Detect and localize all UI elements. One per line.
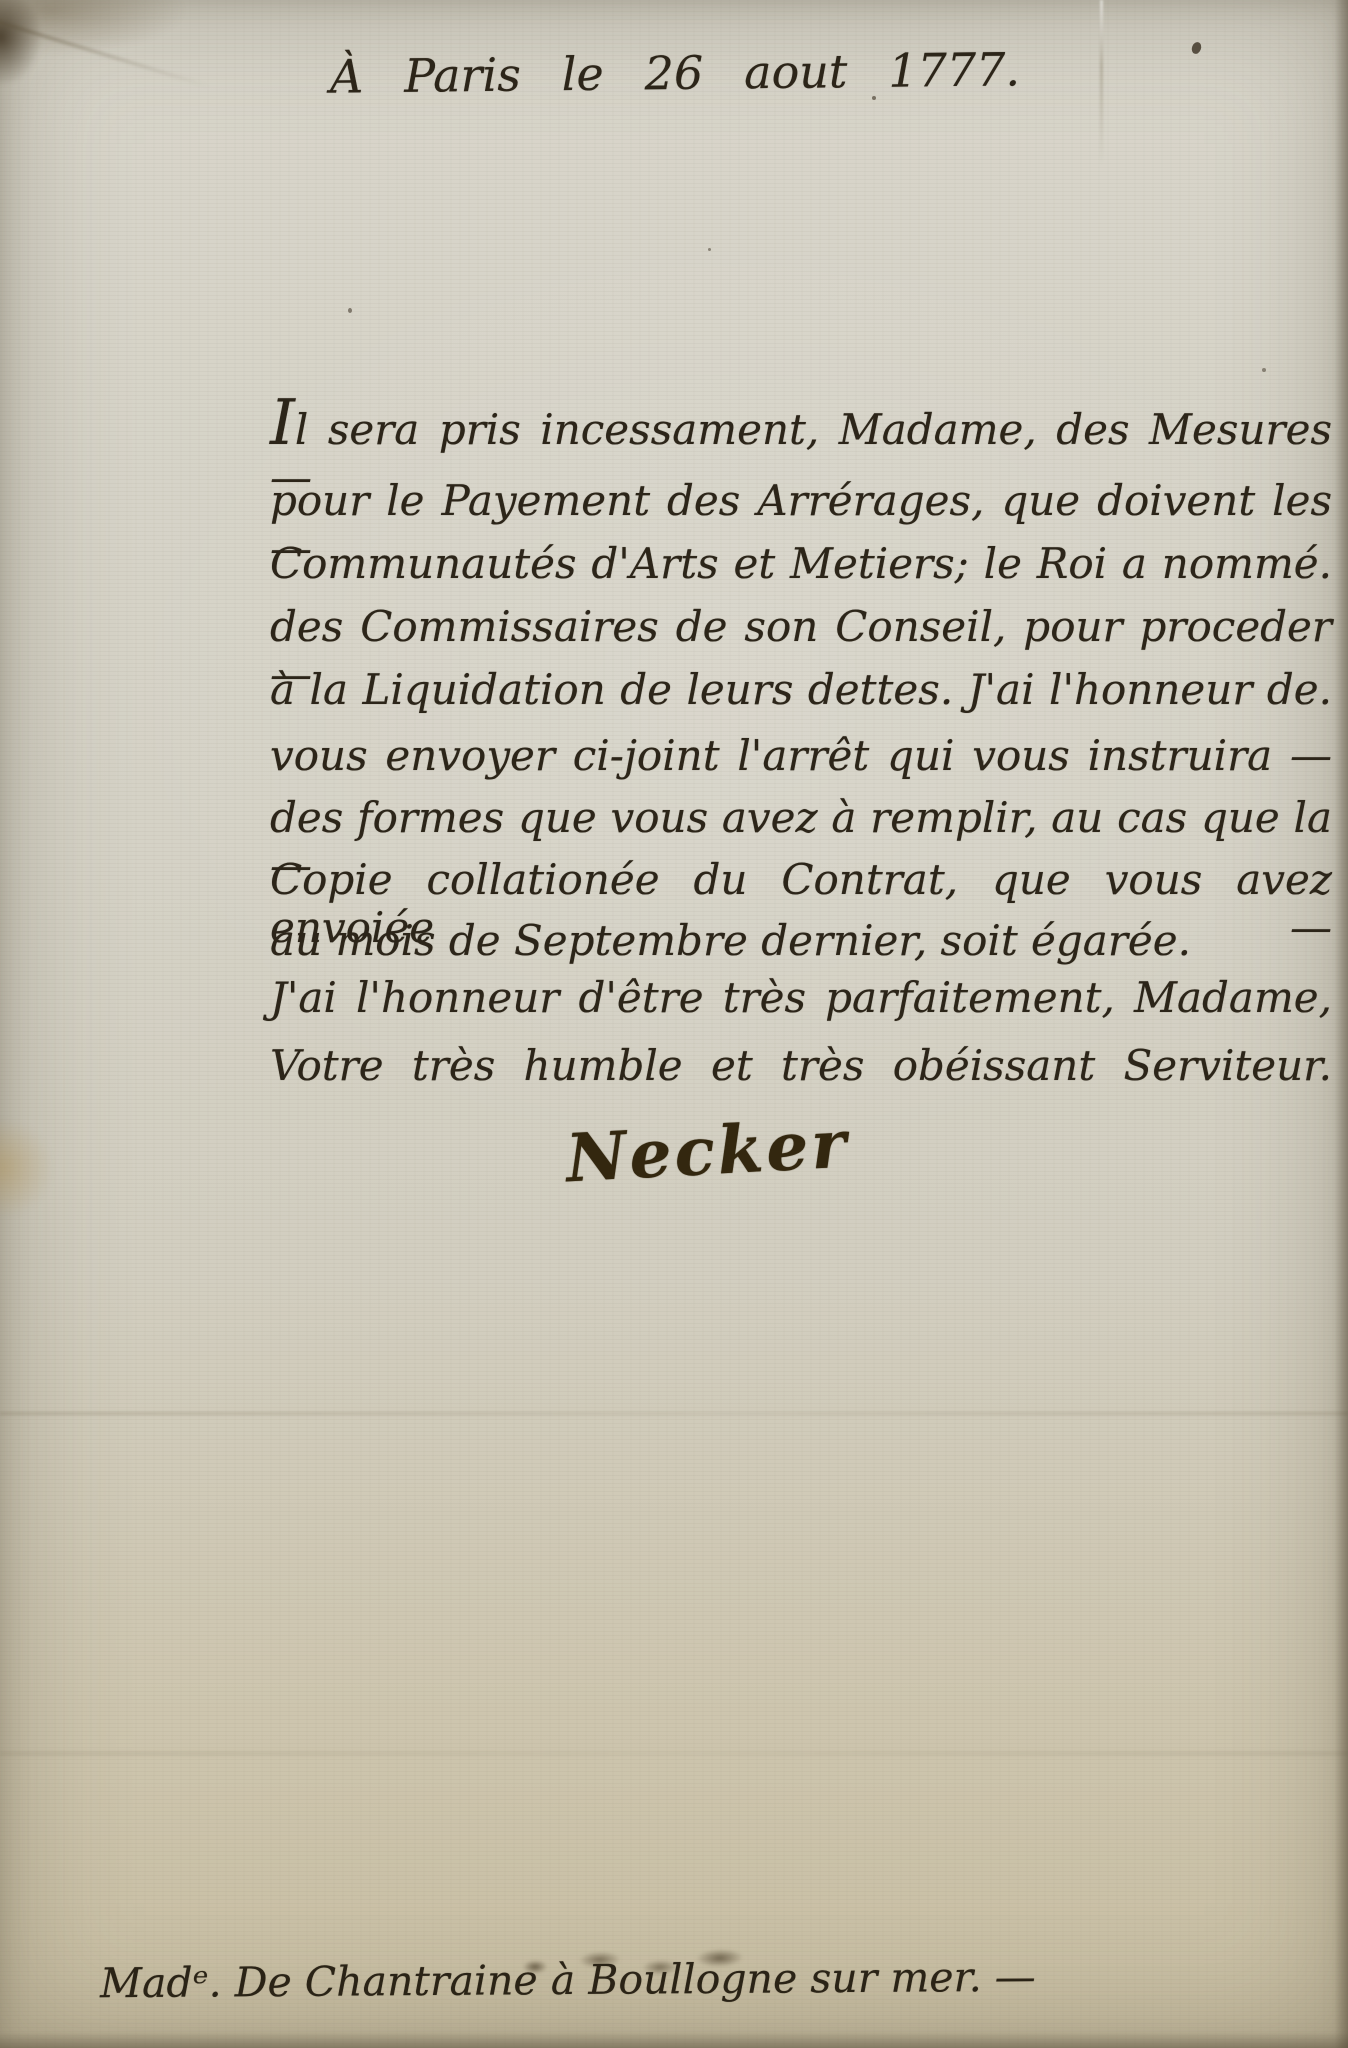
diagonal-crease-top-left [0,18,210,88]
page-edge-shadow-bottom [0,2032,1348,2048]
body-line-3: Communautés d'Arts et Metiers; le Roi a … [270,540,1332,588]
body-line-10: J'ai l'honneur d'être très parfaitement,… [270,974,1332,1022]
body-line-5: à la Liquidation de leurs dettes. J'ai l… [270,666,1332,714]
page-edge-shadow-right [1334,0,1348,2048]
ink-speck [348,308,352,313]
ink-speck [1262,368,1266,372]
body-line-6: vous envoyer ci-joint l'arrêt qui vous i… [270,732,1332,780]
fold-crease-horizontal-2 [0,1752,1348,1755]
dateline: À Paris le 26 aout 1777. [330,42,1021,103]
ink-speck [708,248,711,251]
fold-crease-horizontal-1 [0,1412,1348,1415]
corner-stain-top-left [0,0,212,130]
body-line-11: Votre très humble et très obéissant Serv… [270,1042,1332,1090]
fold-crease-vertical-top [1100,0,1103,165]
signature-necker: Necker [564,1105,851,1198]
ink-speck [1190,41,1203,55]
letter-page: À Paris le 26 aout 1777. Il sera pris in… [0,0,1348,2048]
paper-texture [0,0,1348,2048]
address-line: Madᵉ. De Chantraine à Boullogne sur mer.… [100,1953,1036,2008]
stain-left-edge [0,1118,54,1218]
body-line-9: au mois de Septembre dernier, soit égaré… [270,917,1191,965]
